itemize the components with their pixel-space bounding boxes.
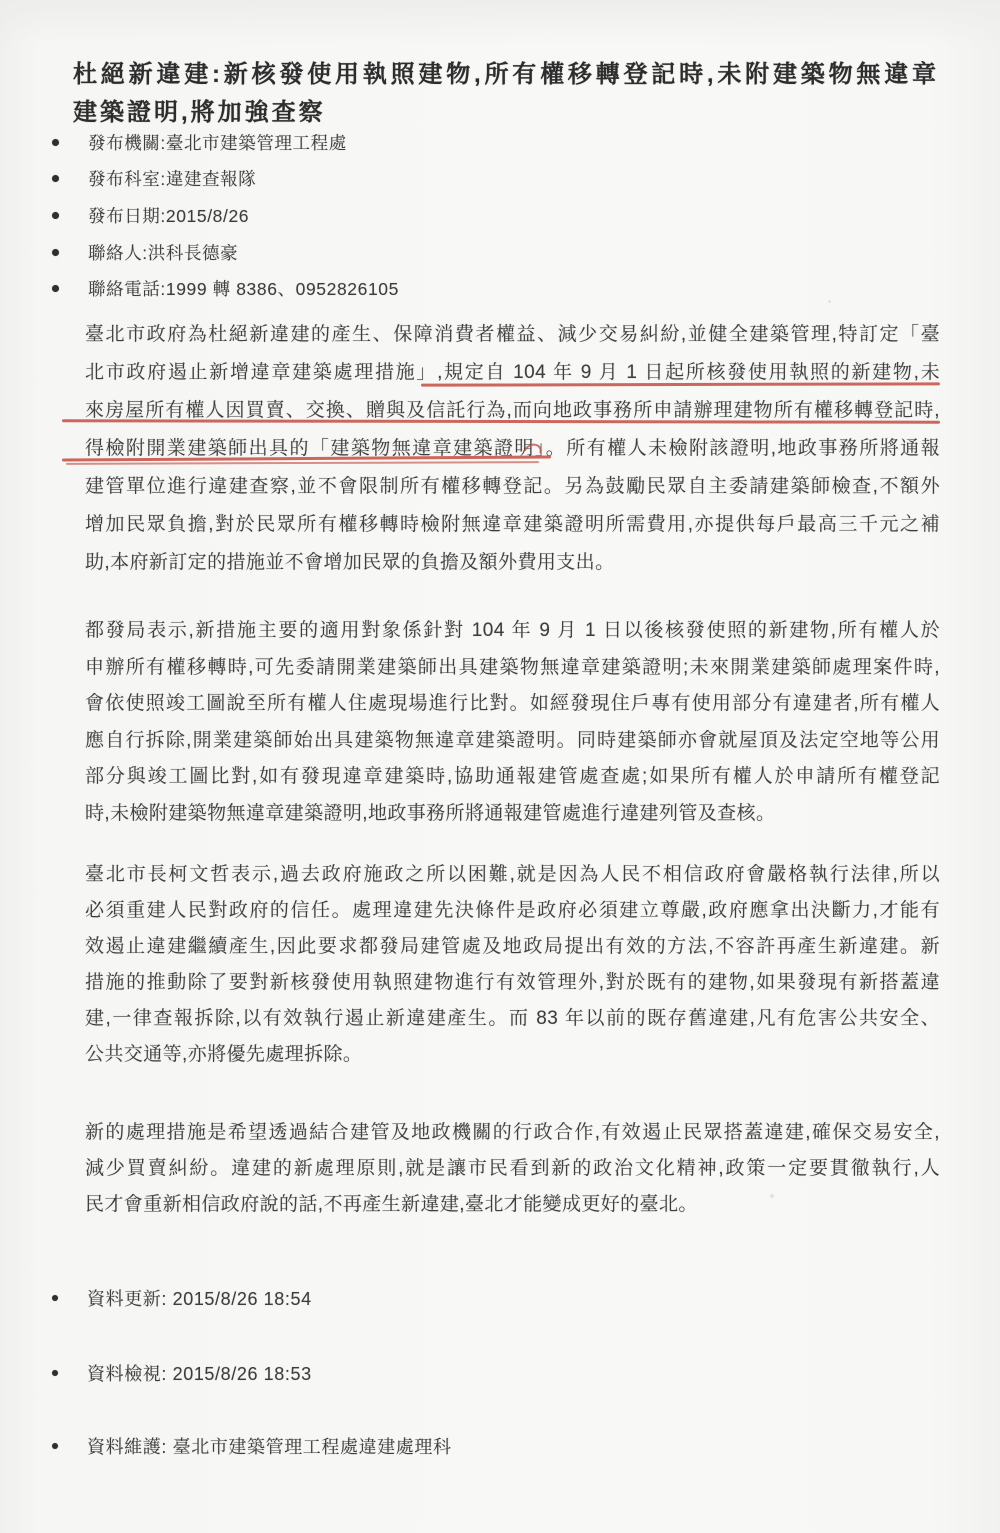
paragraph-line: 臺北市長柯文哲表示,過去政府施政之所以困難,就是因為人民不相信政府會嚴格執行法律… [85, 857, 940, 893]
bullet-icon [52, 1443, 58, 1449]
footer-item-text: 資料檢視: 2015/8/26 18:53 [87, 1360, 312, 1386]
bullet-icon [52, 285, 59, 292]
paragraph-line: 來房屋所有權人因買賣、交換、贈與及信託行為,而向地政事務所申請辦理建物所有權移轉… [85, 392, 940, 430]
meta-list: 發布機關:臺北市建築管理工程處 發布科室:違建查報隊 發布日期:2015/8/2… [52, 124, 952, 307]
paragraph-line: 部分與竣工圖比對,如有發現違章建築時,協助通報建管處查處;如果所有權人於申請所有… [85, 759, 940, 796]
body-paragraph: 臺北市長柯文哲表示,過去政府施政之所以困難,就是因為人民不相信政府會嚴格執行法律… [85, 857, 940, 1073]
paragraph-line: 新的處理措施是希望透過結合建管及地政機關的行政合作,有效遏止民眾搭蓋違建,確保交… [85, 1115, 940, 1151]
bullet-icon [52, 175, 59, 182]
scan-speck [828, 300, 831, 303]
meta-item-phone: 聯絡電話:1999 轉 8386、0952826105 [52, 270, 952, 307]
meta-item-text: 發布機關:臺北市建築管理工程處 [88, 130, 347, 155]
footer-item-text: 資料更新: 2015/8/26 18:54 [87, 1285, 312, 1311]
paragraph-line: 會依使照竣工圖說至所有權人住處現場進行比對。如經發現住戶專有使用部分有違建者,所… [85, 686, 940, 723]
paragraph-line: 減少買賣糾紛。違建的新處理原則,就是讓市民看到新的政治文化精神,政策一定要貫徹執… [85, 1151, 940, 1187]
bullet-icon [52, 1295, 58, 1301]
paragraph-line: 措施的推動除了要對新核發使用執照建物進行有效管理外,對於既有的建物,如果發現有新… [85, 965, 940, 1001]
meta-item-text: 聯絡電話:1999 轉 8386、0952826105 [88, 276, 399, 301]
scan-speck [770, 1194, 774, 1198]
footer-item-maintainer: 資料維護: 臺北市建築管理工程處違建處理科 [52, 1433, 952, 1459]
scanned-document-page: 杜絕新違建:新核發使用執照建物,所有權移轉登記時,未附建築物無違章建築證明,將加… [0, 0, 1000, 1533]
footer-item-text: 資料維護: 臺北市建築管理工程處違建處理科 [87, 1433, 452, 1459]
meta-item-text: 聯絡人:洪科長德豪 [88, 240, 238, 265]
meta-item-text: 發布科室:違建查報隊 [88, 166, 256, 191]
paragraph-line: 申辦所有權移轉時,可先委請開業建築師出具建築物無違章建築證明;未來開業建築師處理… [85, 650, 940, 687]
meta-item-division: 發布科室:違建查報隊 [52, 161, 952, 198]
paragraph-line: 公共交通等,亦將優先處理拆除。 [85, 1037, 940, 1073]
footer-item-viewed: 資料檢視: 2015/8/26 18:53 [52, 1360, 952, 1386]
paragraph-line: 都發局表示,新措施主要的適用對象係針對 104 年 9 月 1 日以後核發使照的… [85, 613, 940, 650]
body-paragraph: 臺北市政府為杜絕新違建的產生、保障消費者權益、減少交易糾紛,並健全建築管理,特訂… [85, 316, 940, 582]
page-title: 杜絕新違建:新核發使用執照建物,所有權移轉登記時,未附建築物無違章建築證明,將加… [73, 56, 939, 132]
bullet-icon [52, 1370, 58, 1376]
bullet-icon [52, 249, 59, 256]
paragraph-line: 民才會重新相信政府說的話,不再產生新違建,臺北才能變成更好的臺北。 [85, 1187, 940, 1223]
paragraph-line: 建管單位進行違建查察,並不會限制所有權移轉登記。另為鼓勵民眾自主委請建築師檢查,… [85, 468, 940, 506]
paragraph-line: 應自行拆除,開業建築師始出具建築物無違章建築證明。同時建築師亦會就屋頂及法定空地… [85, 723, 940, 760]
paragraph-line: 必須重建人民對政府的信任。處理違建先決條件是政府必須建立尊嚴,政府應拿出決斷力,… [85, 893, 940, 929]
body-paragraph: 都發局表示,新措施主要的適用對象係針對 104 年 9 月 1 日以後核發使照的… [85, 613, 940, 832]
paragraph-line: 時,未檢附建築物無違章建築證明,地政事務所將通報建管處進行違建列管及查核。 [85, 796, 940, 833]
body-paragraph: 新的處理措施是希望透過結合建管及地政機關的行政合作,有效遏止民眾搭蓋違建,確保交… [85, 1115, 940, 1223]
paragraph-line: 增加民眾負擔,對於民眾所有權移轉時檢附無違章建築證明所需費用,亦提供每戶最高三千… [85, 506, 940, 544]
paragraph-line: 臺北市政府為杜絕新違建的產生、保障消費者權益、減少交易糾紛,並健全建築管理,特訂… [85, 316, 940, 354]
bullet-icon [52, 212, 59, 219]
paragraph-line: 助,本府新訂定的措施並不會增加民眾的負擔及額外費用支出。 [85, 544, 940, 582]
meta-item-date: 發布日期:2015/8/26 [52, 197, 952, 234]
paragraph-line: 效遏止違建繼續產生,因此要求都發局建管處及地政局提出有效的方法,不容許再產生新違… [85, 929, 940, 965]
footer-item-updated: 資料更新: 2015/8/26 18:54 [52, 1285, 952, 1311]
meta-item-contact: 聯絡人:洪科長德豪 [52, 234, 952, 271]
paragraph-line: 建,一律查報拆除,以有效執行遏止新違建產生。而 83 年以前的既存舊違建,凡有危… [85, 1001, 940, 1037]
meta-item-agency: 發布機關:臺北市建築管理工程處 [52, 124, 952, 161]
bullet-icon [52, 139, 59, 146]
meta-item-text: 發布日期:2015/8/26 [88, 203, 249, 228]
